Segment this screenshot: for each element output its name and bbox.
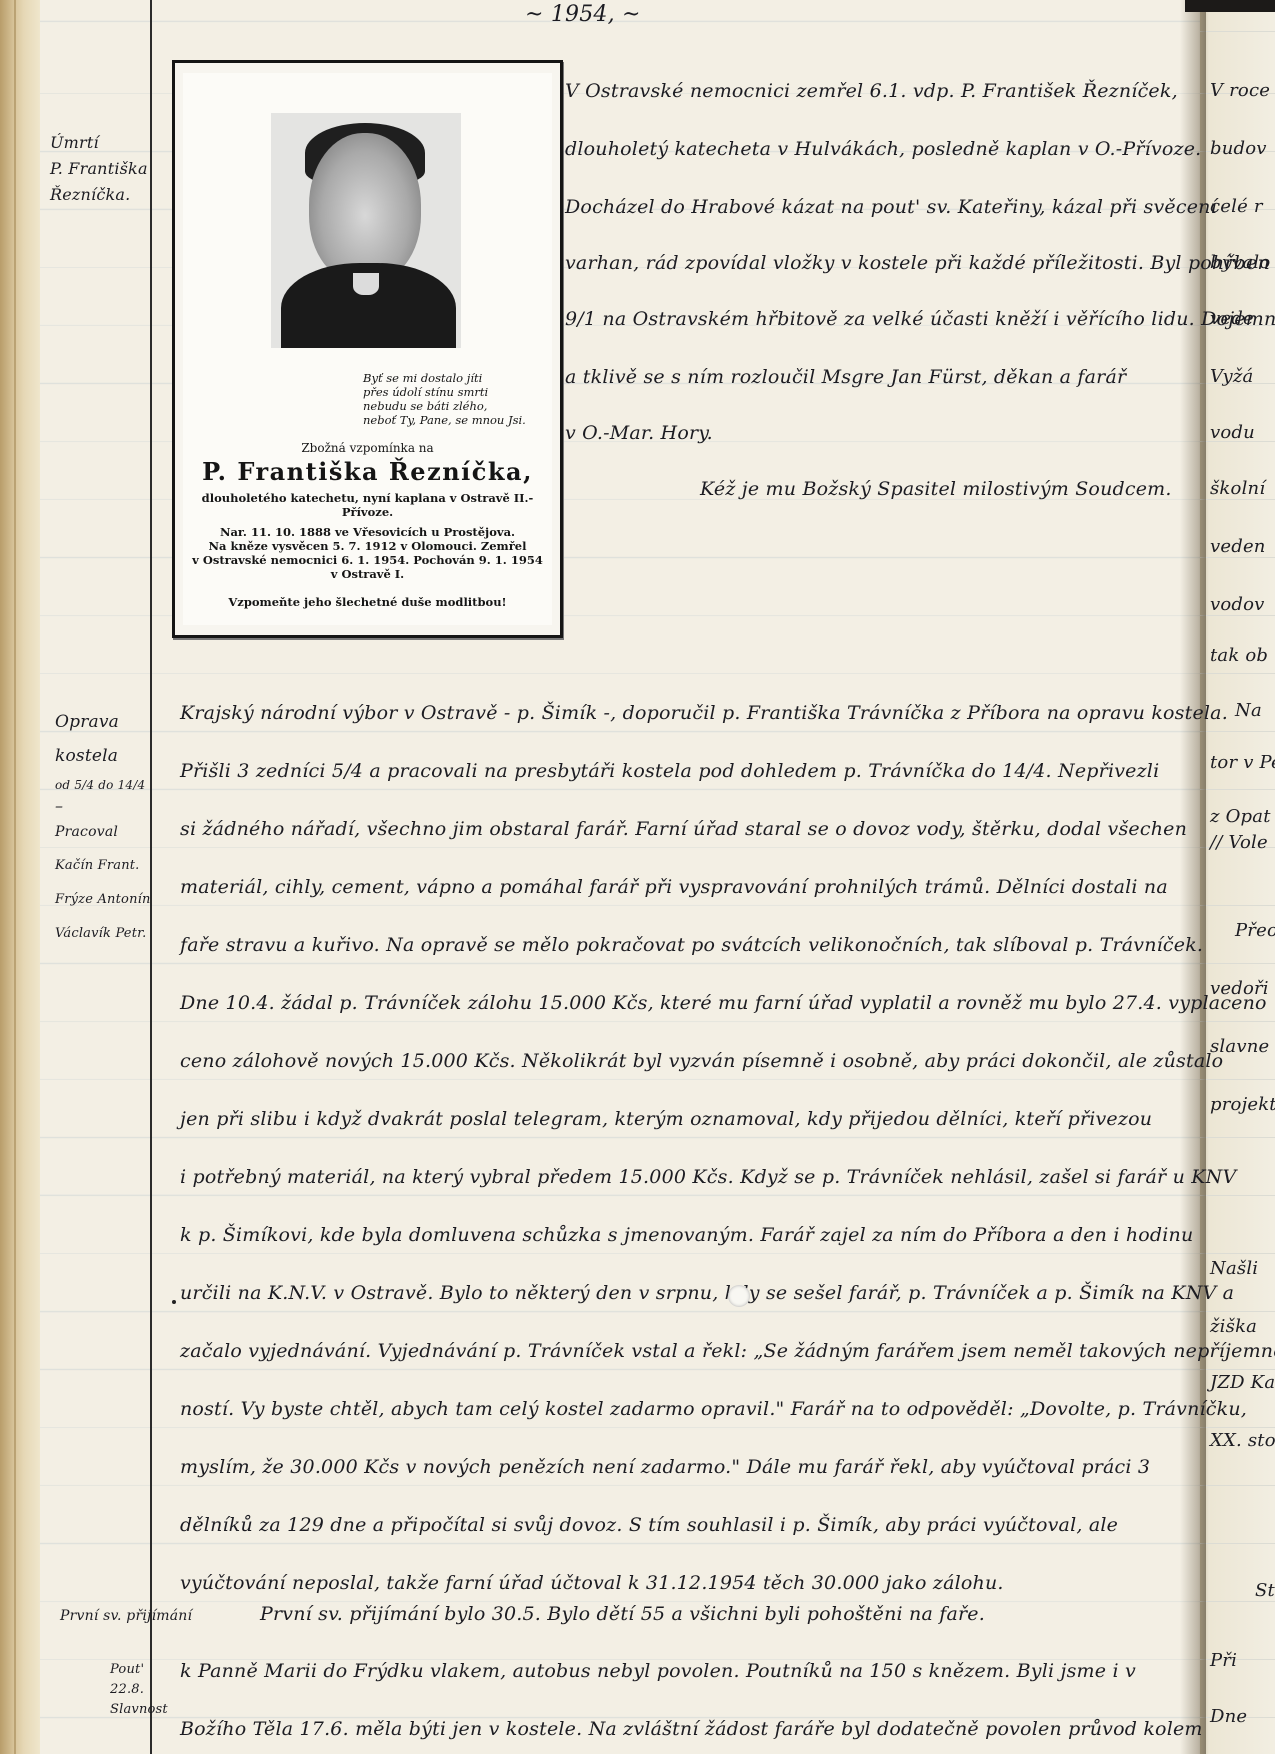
text-fragment: // Vole (1210, 832, 1268, 853)
text-fragment: Vyžá (1210, 366, 1253, 387)
entry-corpus-christi: Božího Těla 17.6. měla býti jen v kostel… (180, 1718, 1203, 1740)
card-description: dlouholetého katechetu, nyní kaplana v O… (189, 491, 546, 519)
text-fragment: V roce (1210, 80, 1270, 101)
text-fragment: XX. stole (1210, 1430, 1275, 1451)
margin-note-line: Pout' (110, 1660, 168, 1680)
text-fragment: tak ob (1210, 645, 1268, 666)
margin-note-line: od 5/4 do 14/4 (55, 773, 151, 797)
margin-note-repair: Oprava kostela od 5/4 do 14/4 – Pracoval… (55, 705, 151, 951)
margin-note-line: P. Františka (50, 156, 148, 182)
text-line: dělníků za 129 dne a připočítal si svůj … (180, 1514, 1118, 1536)
text-line: Krajský národní výbor v Ostravě - p. Šim… (180, 702, 1228, 724)
entry-pilgrimage: k Panně Marii do Frýdku vlakem, autobus … (180, 1660, 1136, 1682)
page-top-edge (1185, 0, 1275, 12)
text-line: Kéž je mu Božský Spasitel milostivým Sou… (700, 478, 1172, 500)
memorial-card: Byť se mi dostalo jíti přes údolí stínu … (172, 60, 563, 638)
text-line: varhan, rád zpovídal vložky v kostele př… (565, 252, 1270, 274)
text-line: vyúčtování neposlal, takže farní úřad úč… (180, 1572, 1004, 1594)
card-verse: Byť se mi dostalo jíti přes údolí stínu … (363, 371, 526, 427)
text-line: Docházel do Hrabové kázat na pout' sv. K… (565, 196, 1217, 218)
text-line: myslím, že 30.000 Kčs v nových penězích … (180, 1456, 1150, 1478)
text-line: začalo vyjednávání. Vyjednávání p. Trávn… (180, 1340, 1275, 1362)
dates-line: v Ostravě I. (189, 567, 546, 581)
text-fragment: vede (1210, 308, 1254, 329)
dates-line: v Ostravské nemocnici 6. 1. 1954. Pochov… (189, 553, 546, 567)
text-line: Dne 10.4. žádal p. Trávníček zálohu 15.0… (180, 992, 1267, 1014)
card-prayer: Vzpomeňte jeho šlechetné duše modlitbou! (183, 595, 552, 609)
text-fragment: Na (1235, 700, 1262, 721)
text-fragment: z Opat (1210, 806, 1271, 827)
text-fragment: školní (1210, 478, 1265, 499)
text-line: určili na K.N.V. v Ostravě. Bylo to někt… (180, 1282, 1234, 1304)
margin-note-line: Kačín Frant. (55, 849, 151, 883)
text-line: faře stravu a kuřivo. Na opravě se mělo … (180, 934, 1203, 956)
text-line: i potřebný materiál, na který vybral pře… (180, 1166, 1236, 1188)
margin-note-line: Pracoval (55, 815, 151, 849)
chronicle-page-scan: ~ 1954, ~ Úmrtí P. Františka Řezníčka. O… (0, 0, 1275, 1754)
margin-note-line: – (55, 797, 151, 815)
text-fragment: tor v Pe (1210, 752, 1275, 773)
text-line: V Ostravské nemocnici zemřel 6.1. vdp. P… (565, 80, 1178, 102)
text-fragment: slavne (1210, 1036, 1269, 1057)
text-fragment: Přeo (1235, 920, 1275, 941)
desc-line: dlouholetého katechetu, nyní kaplana v O… (189, 491, 546, 505)
text-line: materiál, cihly, cement, vápno a pomáhal… (180, 876, 1168, 898)
card-dates: Nar. 11. 10. 1888 ve Vřesovicích u Prost… (189, 525, 546, 581)
year-heading: ~ 1954, ~ (525, 2, 641, 27)
desc-line: Přívoze. (189, 505, 546, 519)
text-fragment: vedoři (1210, 978, 1269, 999)
book-binding (0, 0, 40, 1754)
text-fragment: celé r (1210, 196, 1263, 217)
margin-note-line: Václavík Petr. (55, 917, 151, 951)
margin-note-line: První sv. přijímání (60, 1603, 192, 1629)
dates-line: Nar. 11. 10. 1888 ve Vřesovicích u Prost… (189, 525, 546, 539)
text-line: jen při slibu i když dvakrát poslal tele… (180, 1108, 1152, 1130)
text-line: a tklivě se s ním rozloučil Msgre Jan Fü… (565, 366, 1126, 388)
text-line: 9/1 na Ostravském hřbitově za velké účas… (565, 308, 1275, 330)
card-subtitle: Zbožná vzpomínka na (183, 441, 552, 455)
text-fragment: vodov (1210, 594, 1265, 615)
paper-hole (728, 1285, 750, 1307)
margin-note-line: 22.8. (110, 1680, 168, 1700)
text-line: v O.-Mar. Hory. (565, 422, 713, 444)
text-fragment: veden (1210, 536, 1266, 557)
margin-note-line: Slavnost (110, 1700, 168, 1720)
text-fragment: žiška (1210, 1316, 1257, 1337)
text-fragment: projekt (1210, 1094, 1275, 1115)
margin-note-line: kostela (55, 739, 151, 773)
text-fragment: budov (1210, 138, 1267, 159)
text-line: dlouholetý katecheta v Hulvákách, posled… (565, 138, 1201, 160)
dates-line: Na kněze vysvěcen 5. 7. 1912 v Olomouci.… (189, 539, 546, 553)
margin-note-line: Úmrtí (50, 130, 148, 156)
text-line: si žádného nářadí, všechno jim obstaral … (180, 818, 1187, 840)
verse-line: přes údolí stínu smrti (363, 385, 526, 399)
margin-note-line: Řezníčka. (50, 182, 148, 208)
text-line: ceno zálohově nových 15.000 Kčs. Několik… (180, 1050, 1223, 1072)
ink-dot (172, 1300, 176, 1304)
margin-note-pilgrimage: Pout' 22.8. Slavnost (110, 1660, 168, 1720)
margin-note-death: Úmrtí P. Františka Řezníčka. (50, 130, 148, 208)
text-fragment: Při (1210, 1650, 1237, 1671)
portrait-photo (271, 113, 461, 348)
margin-note-line: Oprava (55, 705, 151, 739)
text-line: Přišli 3 zedníci 5/4 a pracovali na pres… (180, 760, 1159, 782)
text-fragment: Našli (1210, 1258, 1258, 1279)
text-fragment: JZD Ka (1210, 1372, 1275, 1393)
entry-first-communion: První sv. přijímání bylo 30.5. Bylo dětí… (260, 1603, 985, 1625)
card-name: P. Františka Řezníčka, (183, 457, 552, 486)
text-line: k p. Šimíkovi, kde byla domluvena schůzk… (180, 1224, 1193, 1246)
verse-line: nebudu se báti zlého, (363, 399, 526, 413)
margin-note-line: Frýze Antonín (55, 883, 151, 917)
text-line: ností. Vy byste chtěl, abych tam celý ko… (180, 1398, 1247, 1420)
margin-note-communion: První sv. přijímání (60, 1603, 192, 1629)
text-fragment: Dne (1210, 1706, 1247, 1727)
text-fragment: vodu (1210, 422, 1255, 443)
verse-line: Byť se mi dostalo jíti (363, 371, 526, 385)
text-fragment: bývalo (1210, 252, 1270, 273)
text-fragment: St (1255, 1580, 1275, 1601)
verse-line: neboť Ty, Pane, se mnou Jsi. (363, 413, 526, 427)
